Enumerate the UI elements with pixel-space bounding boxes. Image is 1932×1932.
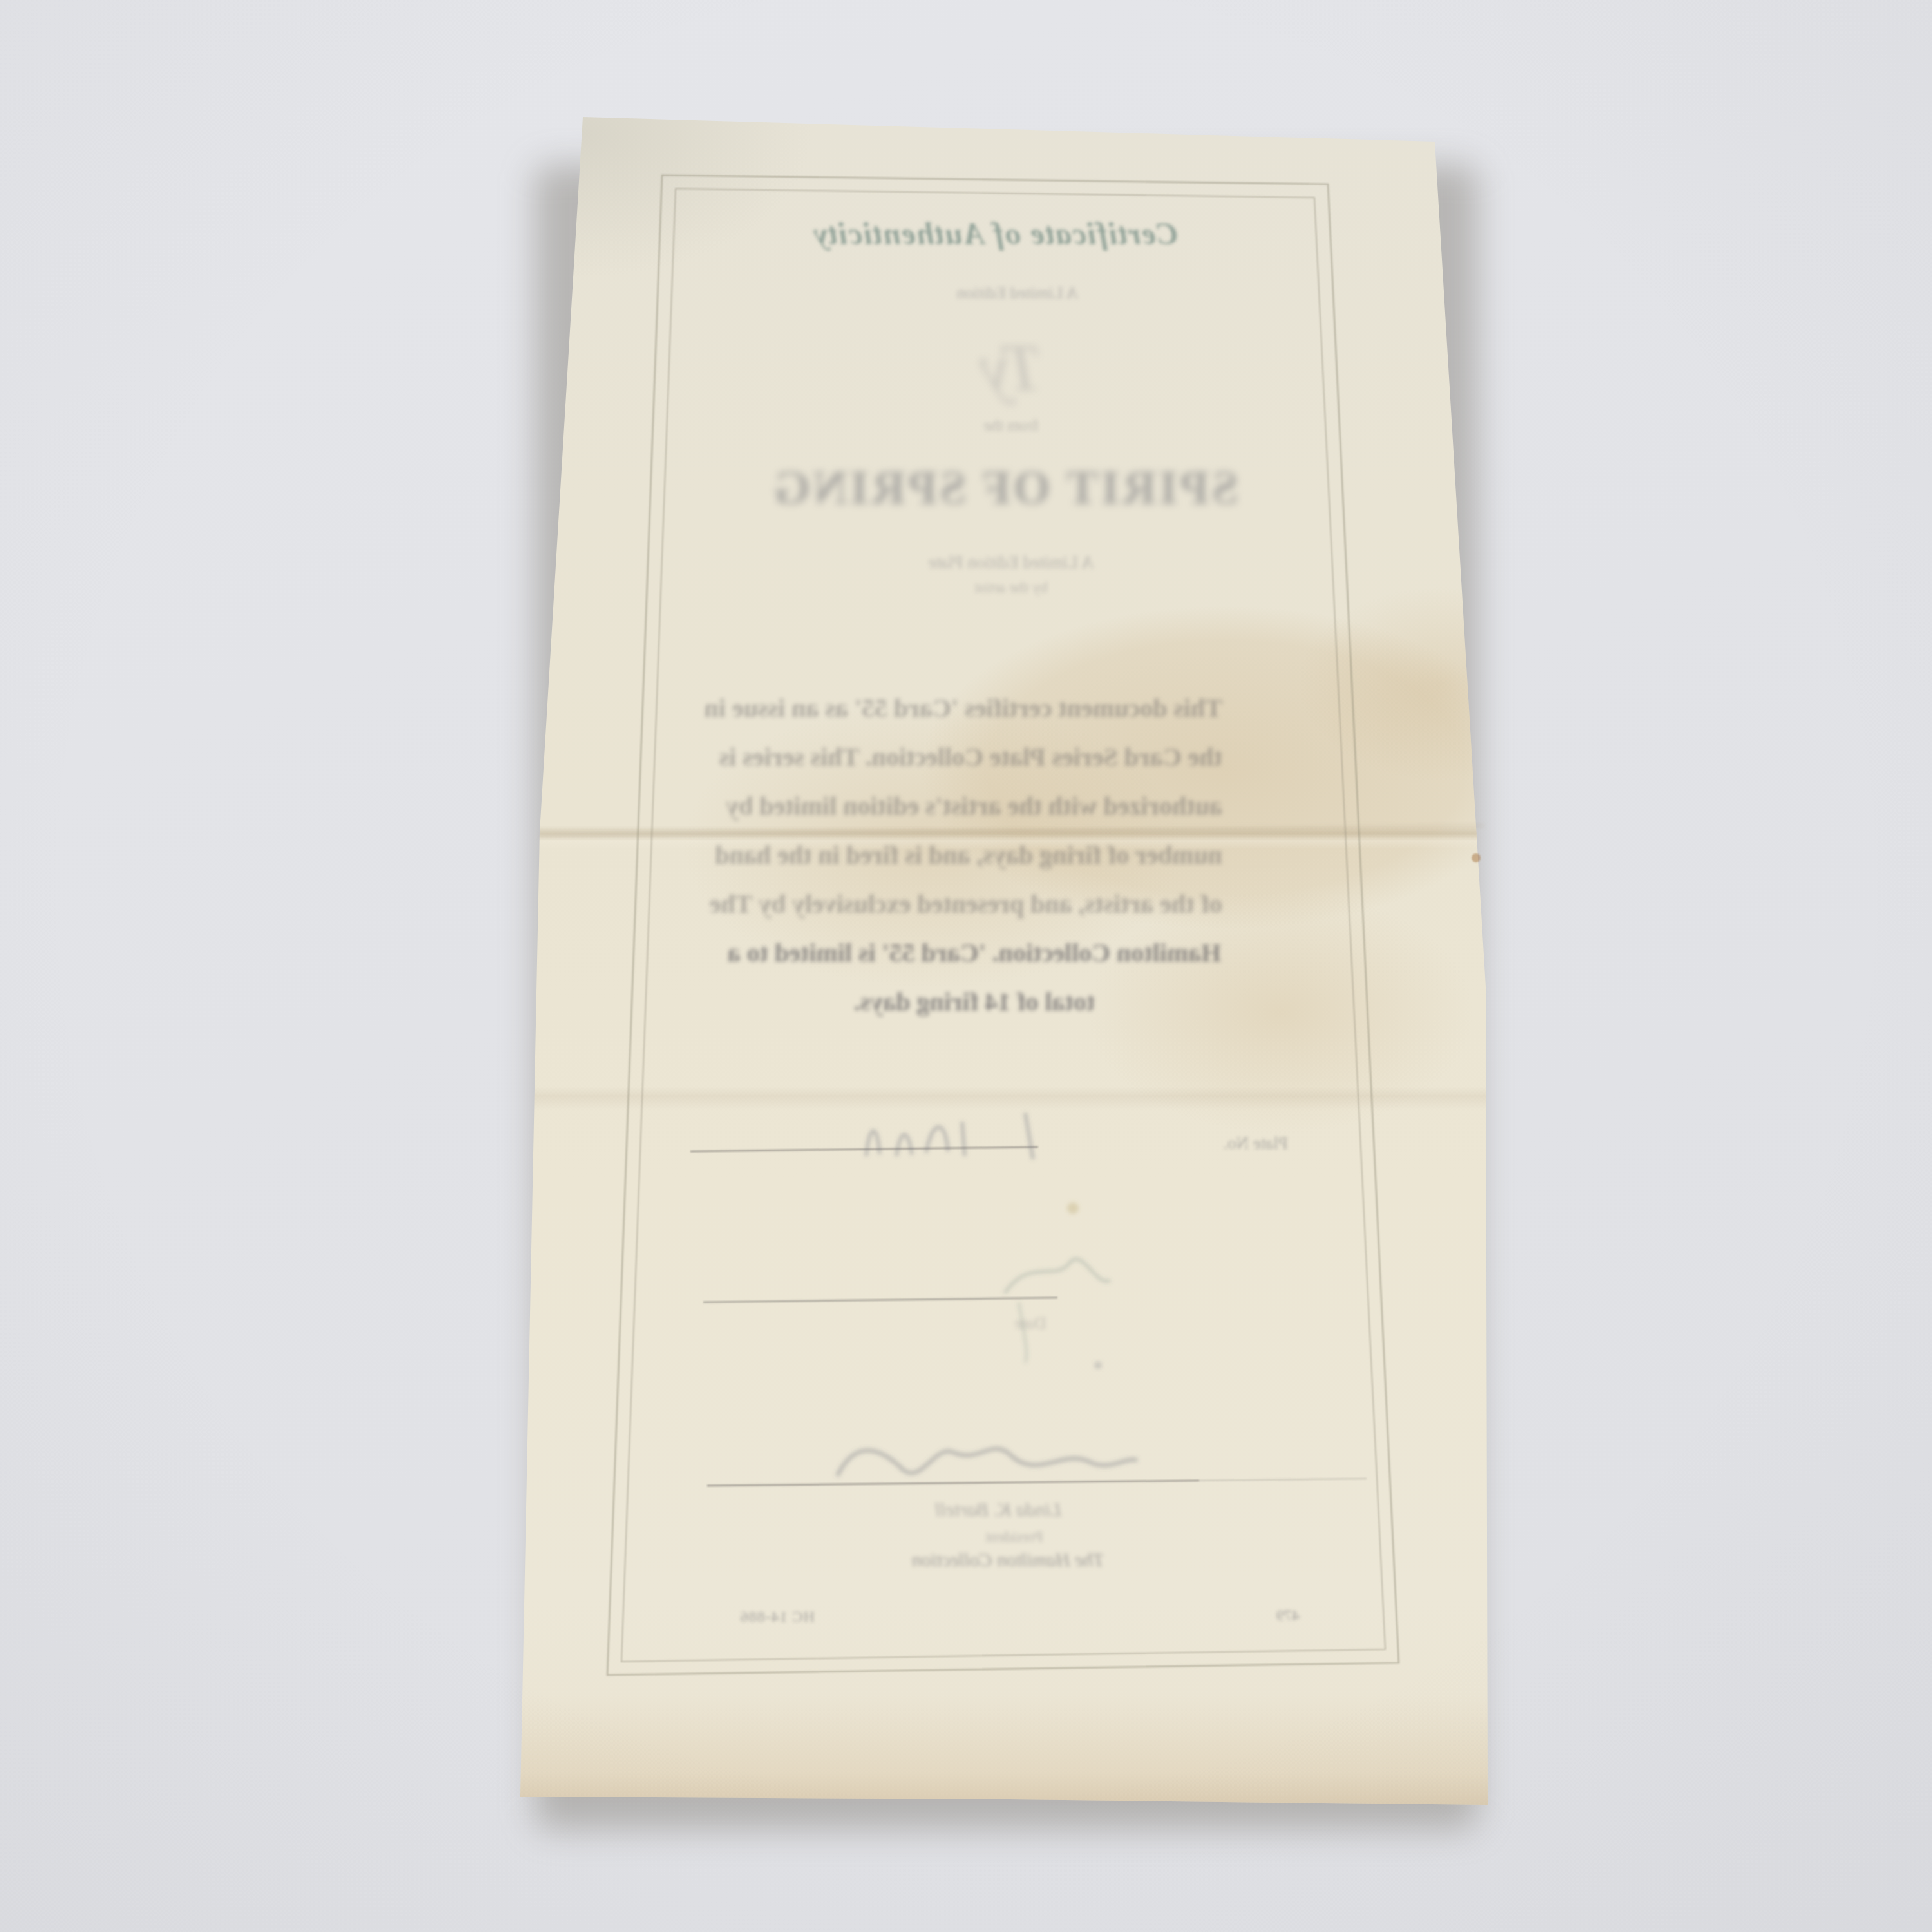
body-paragraph-bleedthrough: This document certifies 'Card 55' as an … xyxy=(726,684,1222,1027)
form-number-right-bleedthrough: 479 xyxy=(1256,1607,1320,1625)
artist-line-bleedthrough: by the artist xyxy=(937,580,1085,597)
subtitle-bleedthrough: A Limited Edition Plate xyxy=(902,553,1121,573)
date-label-bleedthrough: Date xyxy=(966,1314,1095,1333)
script-flourish-bleedthrough: Ty xyxy=(914,330,1108,406)
company-name-bleedthrough: The Hamilton Collection xyxy=(882,1549,1133,1571)
from-the-bleedthrough: from the xyxy=(940,417,1082,435)
body-line: authorized with the artist's edition lim… xyxy=(726,782,1222,831)
body-line: Hamilton Collection. 'Card 55' is limite… xyxy=(726,929,1222,978)
body-line: of the artists, and presented exclusivel… xyxy=(726,880,1222,929)
plate-title-bleedthrough: SPIRIT OF SPRING xyxy=(750,461,1259,516)
photo-of-certificate-back: Certificate of Authenticity A Limited Ed… xyxy=(0,0,1932,1932)
body-line: the Card Series Plate Collection. This s… xyxy=(726,733,1222,782)
edition-note-bleedthrough: A Limited Edition xyxy=(921,283,1114,303)
plate-number-label-bleedthrough: Plate No. xyxy=(1050,1133,1288,1153)
body-line: This document certifies 'Card 55' as an … xyxy=(726,684,1222,733)
body-line: number of firing days, and is fired in t… xyxy=(726,831,1222,880)
form-number-left-bleedthrough: HC 14-886 xyxy=(676,1609,815,1626)
body-line: total of 14 firing days. xyxy=(726,978,1222,1027)
officer-name-bleedthrough: Linda K. Bartell xyxy=(902,1499,1095,1521)
certificate-header-bleedthrough: Certificate of Authenticity xyxy=(763,216,1227,252)
officer-title-bleedthrough: President xyxy=(953,1529,1075,1546)
